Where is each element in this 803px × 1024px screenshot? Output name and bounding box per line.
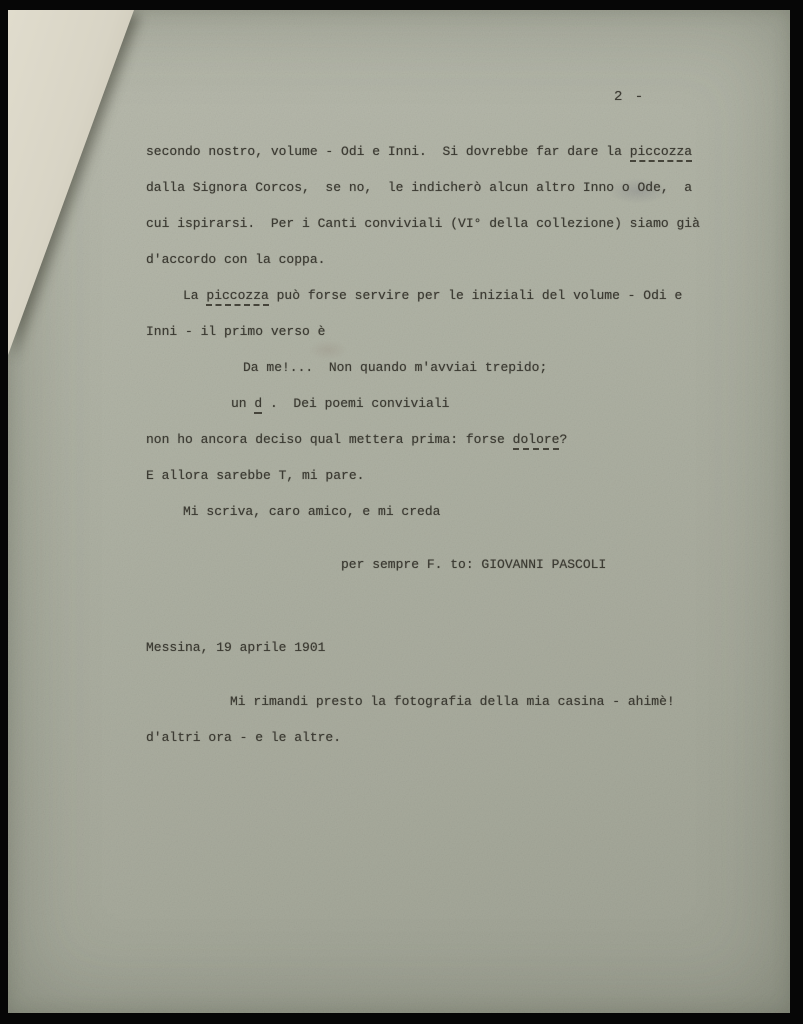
text-segment: per sempre F. to: GIOVANNI PASCOLI — [341, 557, 606, 572]
text-segment: d'accordo con la coppa. — [146, 252, 325, 267]
postscript-line: Mi rimandi presto la fotografia della mi… — [230, 684, 721, 720]
letter-line: E allora sarebbe T, mi pare. — [146, 458, 721, 494]
dashed-underlined-word: dolore — [513, 432, 560, 450]
text-segment: ? — [559, 432, 567, 447]
letter-page: 2 - secondo nostro, volume - Odi e Inni.… — [8, 10, 790, 1013]
text-segment: Da me!... Non quando m'avviai trepido; — [243, 360, 547, 375]
letter-line: non ho ancora deciso qual mettera prima:… — [146, 422, 721, 458]
signature-line: per sempre F. to: GIOVANNI PASCOLI — [341, 547, 721, 583]
text-segment: La — [183, 288, 206, 303]
folded-corner — [8, 10, 134, 355]
page-number: 2 - — [614, 89, 645, 105]
dashed-underlined-word: piccozza — [206, 288, 268, 306]
letter-line: cui ispirarsi. Per i Canti conviviali (V… — [146, 206, 721, 242]
dateline: Messina, 19 aprile 1901 — [146, 630, 721, 666]
dashed-underlined-word: piccozza — [630, 144, 692, 162]
postscript-line: d'altri ora - e le altre. — [146, 720, 721, 756]
scanned-letter-screenshot: { "meta": { "document_type": "typewritte… — [0, 0, 803, 1024]
letter-line: La piccozza può forse servire per le ini… — [183, 278, 721, 314]
letter-line: Mi scriva, caro amico, e mi creda — [183, 494, 721, 530]
text-segment: dalla Signora Corcos, se no, le indicher… — [146, 180, 692, 195]
folded-corner-crease-shadow — [8, 10, 134, 355]
text-segment: secondo nostro, volume - Odi e Inni. Si … — [146, 144, 630, 159]
letter-line: dalla Signora Corcos, se no, le indicher… — [146, 170, 721, 206]
text-segment: può forse servire per le iniziali del vo… — [269, 288, 682, 303]
letter-line: secondo nostro, volume - Odi e Inni. Si … — [146, 134, 721, 170]
letter-line: d'accordo con la coppa. — [146, 242, 721, 278]
text-segment: cui ispirarsi. Per i Canti conviviali (V… — [146, 216, 700, 231]
text-segment: Mi rimandi presto la fotografia della mi… — [230, 694, 675, 709]
text-segment: non ho ancora deciso qual mettera prima:… — [146, 432, 513, 447]
letter-body: secondo nostro, volume - Odi e Inni. Si … — [146, 134, 721, 756]
text-segment: Messina, 19 aprile 1901 — [146, 640, 325, 655]
letter-line-verse: Da me!... Non quando m'avviai trepido; — [243, 350, 721, 386]
text-segment: Mi scriva, caro amico, e mi creda — [183, 504, 440, 519]
text-segment: d'altri ora - e le altre. — [146, 730, 341, 745]
text-segment: Inni - il primo verso è — [146, 324, 325, 339]
text-segment: un — [231, 396, 254, 411]
letter-line: Inni - il primo verso è — [146, 314, 721, 350]
text-segment: . Dei poemi conviviali — [262, 396, 449, 411]
letter-line-verse: un d . Dei poemi conviviali — [231, 386, 721, 422]
text-segment: E allora sarebbe T, mi pare. — [146, 468, 364, 483]
